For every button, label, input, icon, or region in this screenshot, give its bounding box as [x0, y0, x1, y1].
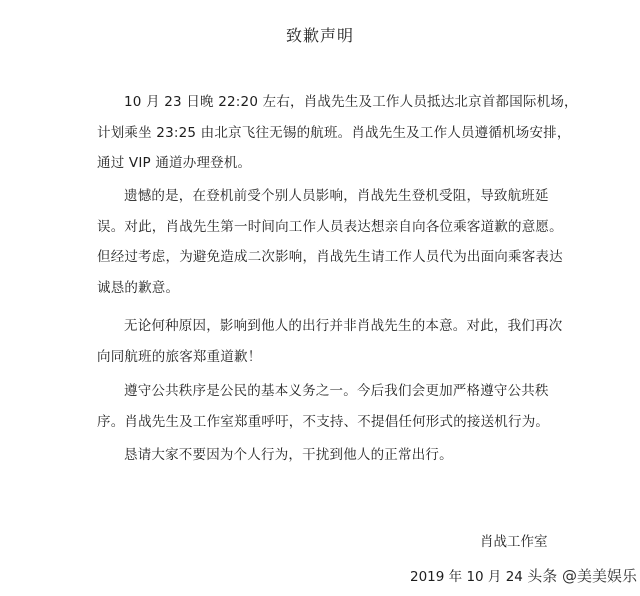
text-line: 通过 VIP 通道办理登机。: [97, 148, 557, 179]
paragraph-5: 恳请大家不要因为个人行为，干扰到他人的正常出行。: [97, 440, 557, 471]
paragraph-2: 遗憾的是，在登机前受个别人员影响，肖战先生登机受阻，导致航班延 误。对此，肖战先…: [97, 181, 557, 303]
text-line: 计划乘坐 23:25 由北京飞往无锡的航班。肖战先生及工作人员遵循机场安排，: [97, 118, 557, 149]
watermark: 头条 @美美娱乐: [527, 567, 637, 585]
text-line: 向同航班的旅客郑重道歉！: [97, 342, 557, 373]
text-line: 无论何种原因，影响到他人的出行并非肖战先生的本意。对此，我们再次: [97, 311, 557, 342]
date: 2019 年 10 月 24: [410, 569, 523, 585]
paragraph-1: 10 月 23 日晚 22:20 左右，肖战先生及工作人员抵达北京首都国际机场，…: [97, 87, 557, 179]
text-line: 遵守公共秩序是公民的基本义务之一。今后我们会更加严格遵守公共秩: [97, 376, 557, 407]
paragraph-3: 无论何种原因，影响到他人的出行并非肖战先生的本意。对此，我们再次 向同航班的旅客…: [97, 311, 557, 372]
text-line: 诚恳的歉意。: [97, 273, 557, 304]
text-line: 10 月 23 日晚 22:20 左右，肖战先生及工作人员抵达北京首都国际机场，: [97, 87, 557, 118]
text-line: 误。对此，肖战先生第一时间向工作人员表达想亲自向各位乘客道歉的意愿。: [97, 212, 557, 243]
document-title: 致歉声明: [0, 23, 640, 46]
text-line: 但经过考虑，为避免造成二次影响，肖战先生请工作人员代为出面向乘客表达: [97, 242, 557, 273]
paragraph-4: 遵守公共秩序是公民的基本义务之一。今后我们会更加严格遵守公共秩 序。肖战先生及工…: [97, 376, 557, 437]
text-line: 序。肖战先生及工作室郑重呼吁，不支持、不提倡任何形式的接送机行为。: [97, 407, 557, 438]
signature: 肖战工作室: [480, 530, 548, 550]
text-line: 恳请大家不要因为个人行为，干扰到他人的正常出行。: [97, 440, 557, 471]
date-line: 2019 年 10 月 24 头条 @美美娱乐: [410, 565, 637, 586]
text-line: 遗憾的是，在登机前受个别人员影响，肖战先生登机受阻，导致航班延: [97, 181, 557, 212]
